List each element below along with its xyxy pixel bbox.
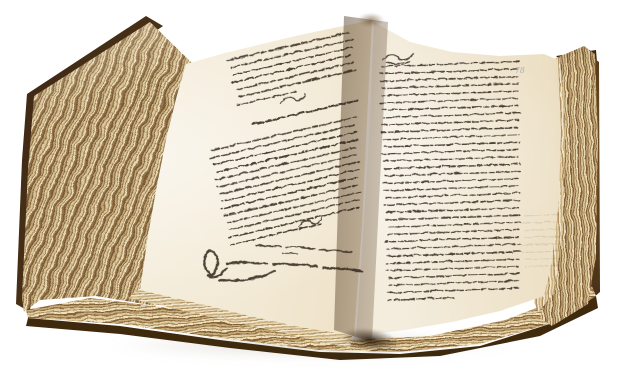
right-page-script-line: [385, 258, 518, 263]
right-page-script-line: [383, 185, 518, 190]
right-page-handwritten-text: 78: [376, 47, 535, 322]
left-page-script-line: [223, 184, 357, 215]
right-page-script-line: [386, 266, 518, 271]
right-page-script-line: [385, 229, 518, 234]
right-page-script-line: [387, 251, 520, 256]
right-page-script-line: [386, 287, 518, 292]
left-page-script-line: [231, 55, 351, 83]
folio-number: 78: [515, 66, 525, 75]
right-page-script-line: [384, 236, 517, 241]
left-page-script-line: [230, 47, 351, 75]
right-page-script-line: [387, 222, 521, 227]
right-page-script-line: [388, 273, 520, 278]
right-page-script-line: [387, 297, 453, 299]
right-page-script-line: [384, 141, 520, 146]
photo-open-manuscript-book: 78: [0, 0, 620, 372]
left-page-script-line: [227, 32, 350, 60]
right-page-script-line: [383, 112, 520, 117]
left-page-flourish: [318, 242, 351, 259]
right-page-script-line: [380, 105, 517, 110]
right-page-flourish: [386, 61, 408, 64]
right-page-script-line: [382, 149, 518, 154]
left-page-script-line: [230, 39, 352, 67]
right-page-script-line: [387, 244, 520, 249]
left-page-flourish: [256, 240, 281, 251]
right-page-script-line: [385, 200, 519, 205]
right-page-script-line: [384, 163, 519, 168]
right-page-script-line: [380, 127, 516, 132]
left-page-script-line: [227, 191, 360, 222]
right-page-script-line: [388, 280, 520, 285]
left-page-script-line: [221, 177, 356, 208]
right-page-script-line: [382, 178, 517, 183]
right-page-script-line: [385, 214, 519, 219]
right-page-script-line: [381, 90, 518, 95]
left-page-script-line: [228, 199, 359, 229]
left-page-script-line: [228, 207, 358, 237]
right-page-script-line: [379, 68, 517, 73]
left-page-script-line: [209, 116, 355, 150]
right-page-script-line: [382, 156, 517, 161]
left-page-flourish: [272, 254, 316, 275]
right-page-script-line: [382, 119, 518, 124]
right-page-script-line: [384, 171, 519, 176]
left-page-flourish: [322, 259, 362, 279]
left-page-script-line: [237, 69, 355, 96]
left-page-flourish: [227, 255, 266, 272]
right-page-script-line: [385, 192, 519, 197]
right-page-script-line: [379, 76, 517, 81]
left-page-flourish: [282, 249, 297, 256]
left-page-script-line: [235, 62, 354, 89]
right-page-script-line: [381, 83, 518, 88]
right-page-flourish: [382, 53, 412, 60]
right-page-script-line: [379, 98, 516, 103]
right-page-script-line: [382, 134, 518, 139]
left-page-script-line: [236, 91, 294, 104]
right-page-script-line: [383, 207, 517, 212]
